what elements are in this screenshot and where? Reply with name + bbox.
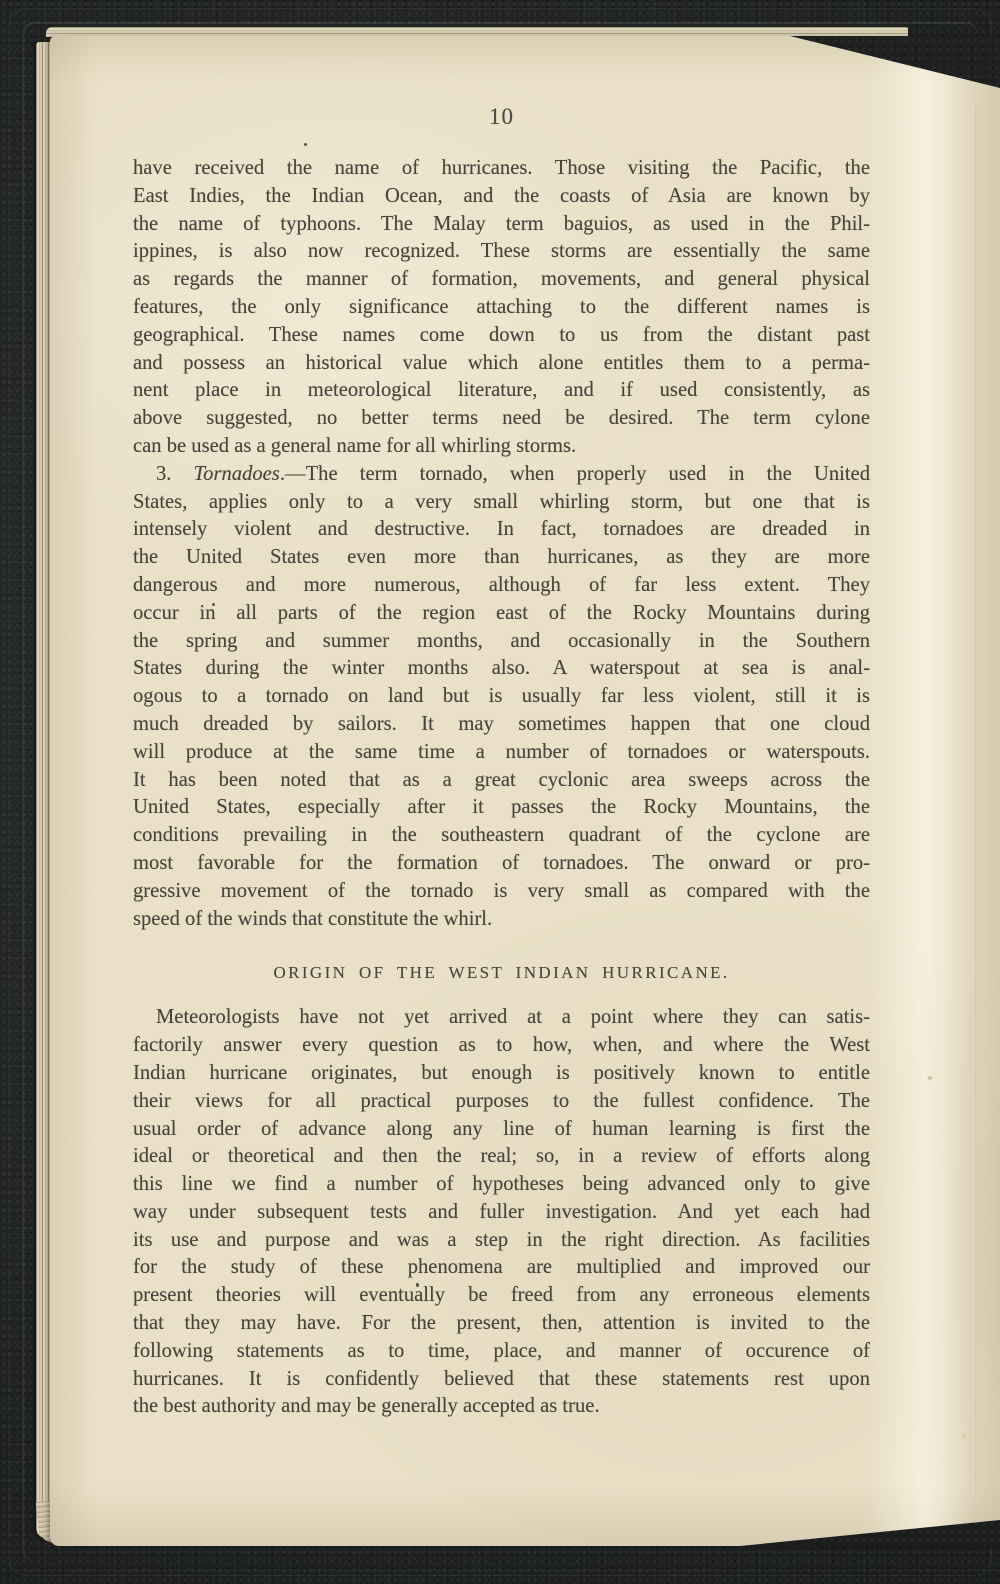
text-line: will produce at the same time a number o… xyxy=(133,739,870,767)
text-line: the name of typhoons. The Malay term bag… xyxy=(133,211,870,239)
text-line: as regards the manner of formation, move… xyxy=(133,266,870,294)
gutter-shadow-bottom-right xyxy=(740,1520,1000,1546)
paper-flaw xyxy=(962,1434,967,1438)
paragraph: Meteorologists have not yet arrived at a… xyxy=(133,1004,870,1421)
text-line: States, applies only to a very small whi… xyxy=(133,489,870,517)
ink-speck xyxy=(304,143,307,146)
text-line: way under subsequent tests and fuller in… xyxy=(133,1199,870,1227)
paragraph: have received the name of hurricanes. Th… xyxy=(133,155,870,461)
paper-flaw xyxy=(927,1075,933,1081)
text-line: the best authority and may be generally … xyxy=(133,1393,870,1421)
text-line: ideal or theoretical and then the real; … xyxy=(133,1143,870,1171)
text-body: have received the name of hurricanes. Th… xyxy=(133,155,870,1421)
text-line: gressive movement of the tornado is very… xyxy=(133,878,870,906)
text-line: for the study of these phenomena are mul… xyxy=(133,1254,870,1282)
gutter-shadow-top-right xyxy=(790,36,1000,88)
page-number: 10 xyxy=(133,104,870,130)
text-line: dangerous and more numerous, although of… xyxy=(133,572,870,600)
scanned-book-photo: 10 have received the name of hurricanes.… xyxy=(0,0,1000,1584)
page-edge-stack-left xyxy=(36,42,51,1538)
text-line: hurricanes. It is confidently believed t… xyxy=(133,1366,870,1394)
ink-speck xyxy=(212,603,215,606)
paragraph: 3. Tornadoes.—The term tornado, when pro… xyxy=(133,461,870,934)
text-line: most favorable for the formation of torn… xyxy=(133,850,870,878)
text-line: East Indies, the Indian Ocean, and the c… xyxy=(133,183,870,211)
text-line: much dreaded by sailors. It may sometime… xyxy=(133,711,870,739)
book-page: 10 have received the name of hurricanes.… xyxy=(50,36,1000,1546)
text-line: Indian hurricane originates, but enough … xyxy=(133,1060,870,1088)
text-line: States during the winter months also. A … xyxy=(133,655,870,683)
text-line: their views for all practical purposes t… xyxy=(133,1088,870,1116)
text-line: Meteorologists have not yet arrived at a… xyxy=(133,1004,870,1032)
text-line: following statements as to time, place, … xyxy=(133,1338,870,1366)
text-line: It has been noted that as a great cyclon… xyxy=(133,767,870,795)
text-line: above suggested, no better terms need be… xyxy=(133,405,870,433)
gutter-crease xyxy=(973,106,976,1496)
text-line: nent place in meteorological literature,… xyxy=(133,377,870,405)
text-line: have received the name of hurricanes. Th… xyxy=(133,155,870,183)
text-line: the United States even more than hurrica… xyxy=(133,544,870,572)
section-heading: ORIGIN OF THE WEST INDIAN HURRICANE. xyxy=(133,962,870,983)
text-line: this line we find a number of hypotheses… xyxy=(133,1171,870,1199)
text-line: occur in all parts of the region east of… xyxy=(133,600,870,628)
ink-speck xyxy=(416,1283,419,1287)
text-line: ippines, is also now recognized. These s… xyxy=(133,238,870,266)
text-line: speed of the winds that constitute the w… xyxy=(133,906,870,934)
text-line: can be used as a general name for all wh… xyxy=(133,433,870,461)
text-line: factorily answer every question as to ho… xyxy=(133,1032,870,1060)
text-line: present theories will eventually be free… xyxy=(133,1282,870,1310)
text-line: geographical. These names come down to u… xyxy=(133,322,870,350)
text-line: intensely violent and destructive. In fa… xyxy=(133,516,870,544)
text-line: its use and purpose and was a step in th… xyxy=(133,1227,870,1255)
text-line: and possess an historical value which al… xyxy=(133,350,870,378)
text-line: United States, especially after it passe… xyxy=(133,794,870,822)
text-line: conditions prevailing in the southeaster… xyxy=(133,822,870,850)
text-line: that they may have. For the present, the… xyxy=(133,1310,870,1338)
text-line: usual order of advance along any line of… xyxy=(133,1116,870,1144)
text-line: features, the only significance attachin… xyxy=(133,294,870,322)
text-line: 3. Tornadoes.—The term tornado, when pro… xyxy=(133,461,870,489)
text-line: ogous to a tornado on land but is usuall… xyxy=(133,683,870,711)
text-line: the spring and summer months, and occasi… xyxy=(133,628,870,656)
